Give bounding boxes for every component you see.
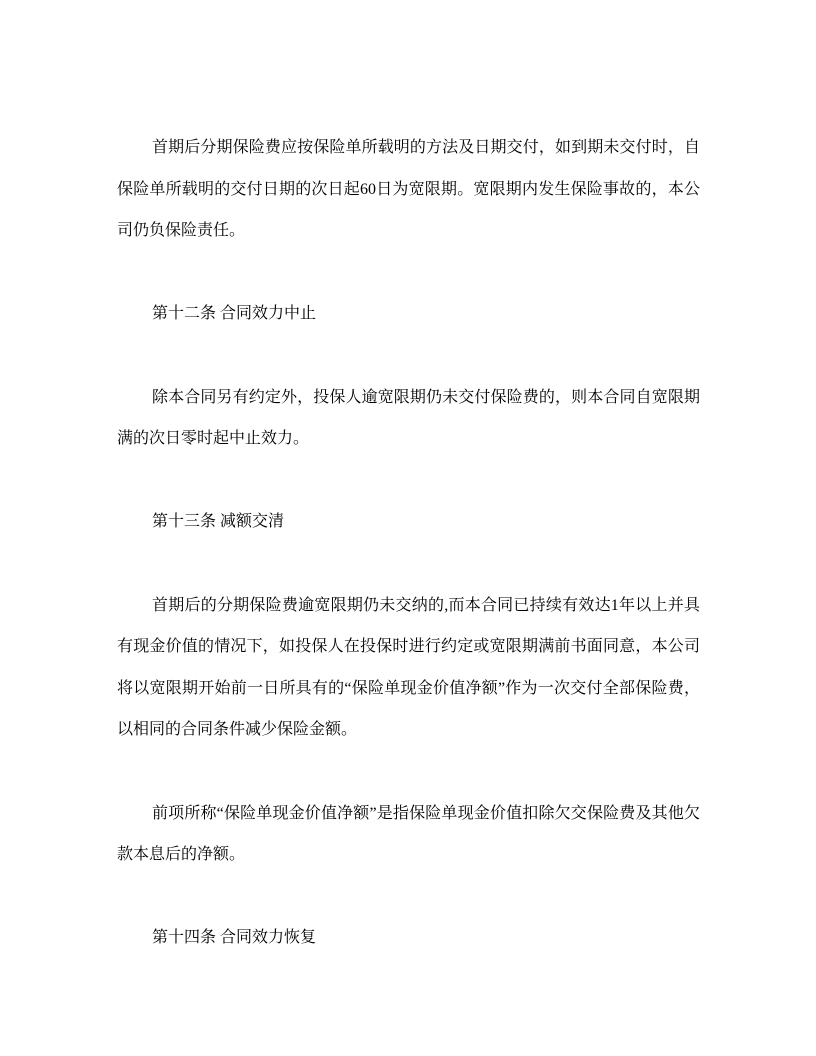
- body-paragraph: 首期后的分期保险费逾宽限期仍未交纳的,而本合同已持续有效达1年以上并具有现金价值…: [117, 585, 700, 751]
- article-heading: 第十三条 减额交清: [117, 501, 700, 543]
- body-paragraph: 除本合同另有约定外，投保人逾宽限期仍未交付保险费的，则本合同自宽限期满的次日零时…: [117, 377, 700, 460]
- article-heading: 第十二条 合同效力中止: [117, 293, 700, 335]
- body-paragraph: 首期后分期保险费应按保险单所载明的方法及日期交付，如到期未交付时，自保险单所载明…: [117, 127, 700, 252]
- document-page: 首期后分期保险费应按保险单所载明的方法及日期交付，如到期未交付时，自保险单所载明…: [0, 0, 816, 1056]
- body-paragraph: 前项所称“保险单现金价值净额”是指保险单现金价值扣除欠交保险费及其他欠款本息后的…: [117, 793, 700, 876]
- article-heading: 第十四条 合同效力恢复: [117, 917, 700, 959]
- document-body: 首期后分期保险费应按保险单所载明的方法及日期交付，如到期未交付时，自保险单所载明…: [117, 127, 700, 959]
